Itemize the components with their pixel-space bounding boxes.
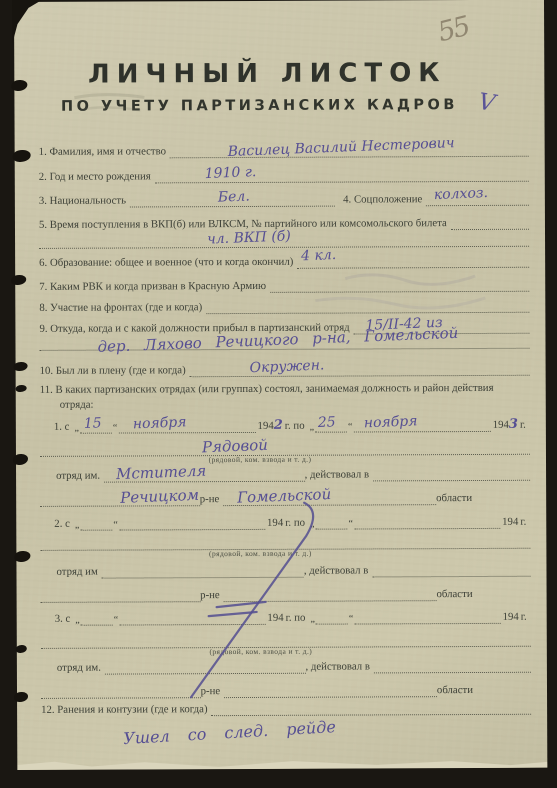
entry-end-label: г. (520, 420, 530, 432)
field-line (451, 215, 529, 230)
form-subtitle: ПО УЧЕТУ ПАРТИЗАНСКИХ КАДРОВ (14, 97, 504, 115)
handwritten-party-membership: чл. ВКП (б) (207, 229, 291, 248)
field-row-education: 6. Образование: общее и военное (что и к… (39, 253, 529, 270)
position-caption: (рядовой, ком. взвода и т. д.) (40, 454, 530, 465)
field-row-rvk: 7. Каким РВК и когда призван в Красную А… (39, 277, 529, 294)
handwritten-birth-year: 1910 г. (204, 165, 256, 182)
oblast-label: области (437, 685, 477, 697)
handwritten-year-digit: 3 (509, 417, 518, 432)
field-line (206, 298, 529, 314)
operated-label: , действовал в (305, 470, 373, 482)
handwritten-captivity: Окружен. (249, 358, 324, 376)
year-printed: 194 (501, 612, 521, 624)
field-label: 10. Был ли в плену (где и когда) (40, 365, 190, 378)
oblast-label: области (436, 589, 476, 601)
day-line (316, 610, 348, 625)
field-row-arrival-line2: дер. Ляхово Речицкого р-на, Гомельской (39, 334, 529, 351)
district-label: р-не (200, 590, 224, 602)
punch-hole (14, 692, 28, 702)
handwritten-education: 4 кл. (301, 248, 337, 265)
handwritten-unit-name: Мстителя (116, 462, 207, 482)
handwritten-name: Василец Василий Нестерович (228, 136, 455, 160)
punch-hole (13, 150, 31, 162)
field-label: отряда: (60, 400, 98, 412)
field-label: 3. Национальность (39, 196, 130, 208)
handwritten-month: ноября (363, 414, 417, 431)
field-row-party-line2: чл. ВКП (б) (39, 232, 529, 249)
entry-dates-row: 3. с „ “ 194 г. по „ “ 194 г. (55, 609, 531, 626)
field-line (212, 700, 532, 716)
entry-end-label: г. (521, 612, 531, 624)
handwritten-year-digit: 2 (274, 418, 283, 433)
month-line: ноября (118, 418, 255, 434)
handwritten-day: 15 (84, 416, 102, 432)
district-label: р-не (201, 686, 225, 698)
month-line (354, 514, 500, 530)
year-prefix: 194 (267, 612, 283, 624)
punch-hole (11, 275, 26, 285)
oblast-line (224, 682, 437, 698)
field-line: Василец Василий Нестерович (170, 142, 529, 159)
oblast-line (224, 586, 437, 602)
day-line (81, 611, 113, 626)
field-line: 1910 г. (155, 167, 529, 184)
operated-line (372, 562, 530, 578)
field-line: чл. ВКП (б) (39, 232, 529, 249)
entry-mid-label: г. по (285, 421, 309, 433)
field-line: Бел. (130, 192, 335, 208)
year-prefix: 194 (493, 419, 509, 431)
scan-background: 55 ЛИЧНЫЙ ЛИСТОК ПО УЧЕТУ ПАРТИЗАНСКИХ К… (0, 0, 557, 788)
entry-region-row: Речицком р-не Гомельской области (40, 490, 476, 507)
handwritten-day: 25 (318, 415, 336, 431)
month-line (354, 609, 500, 625)
punch-hole (16, 645, 27, 653)
day-line: 15 (80, 419, 112, 434)
entry-unit-row: отряд им. , действовал в (57, 658, 531, 675)
field-line: 4 кл. (297, 253, 529, 269)
field-row-units-intro: 11. В каких партизанских отрядах (или гр… (40, 383, 530, 397)
field-row-captivity: 10. Был ли в плену (где и когда) Окружен… (40, 361, 530, 378)
day-line (80, 516, 112, 531)
field-label: 2. Год и место рождения (39, 172, 155, 184)
handwritten-social-position: колхоз. (434, 186, 489, 204)
torn-bottom-edge (17, 759, 547, 770)
field-row-units-intro2: отряда: (60, 398, 530, 412)
unit-label: отряд им. (56, 471, 104, 483)
operated-label: , действовал в (305, 662, 373, 674)
field-line: колхоз. (426, 191, 529, 206)
handwritten-position: Рядовой (202, 436, 269, 455)
district-line: Речицком (40, 491, 200, 507)
oblast-label: области (436, 493, 476, 505)
year-printed: 194 (265, 613, 285, 625)
district-label: р-не (200, 494, 224, 506)
field-row-wounds: 12. Ранения и контузии (где и когда) (41, 700, 531, 717)
field-line: Окружен. (190, 361, 530, 377)
unit-line: Мстителя (104, 467, 305, 483)
unit-label: отряд им (56, 567, 101, 579)
unit-label: отряд им. (57, 663, 105, 675)
entry-region-row: р-не области (41, 682, 477, 699)
position-caption: (рядовой, ком. взвода и т. д.) (41, 646, 531, 657)
month-line: ноября (353, 417, 490, 433)
field-label: 4. Соцположение (335, 194, 426, 206)
handwritten-month: ноября (132, 415, 186, 432)
year-prefix: 194 (267, 517, 283, 529)
handwritten-nationality: Бел. (218, 189, 251, 206)
entry-mid-label: г. по (286, 613, 310, 625)
operated-label: , действовал в (304, 566, 372, 578)
field-row-fronts: 8. Участие на фронтах (где и когда) (39, 298, 529, 315)
entry-prefix: 2. с (54, 519, 74, 531)
field-label: 1. Фамилия, имя и отчество (39, 146, 170, 158)
month-line (119, 610, 265, 626)
field-line: дер. Ляхово Речицкого р-на, Гомельской (39, 334, 529, 351)
field-label: 8. Участие на фронтах (где и когда) (39, 302, 206, 315)
operated-line (374, 658, 531, 674)
day-line: 25 (315, 418, 347, 433)
punch-hole (14, 551, 30, 562)
field-label: 7. Каким РВК и когда призван в Красную А… (39, 281, 270, 294)
entry-unit-row: отряд им. Мстителя , действовал в (56, 466, 530, 483)
document-page: 55 ЛИЧНЫЙ ЛИСТОК ПО УЧЕТУ ПАРТИЗАНСКИХ К… (14, 0, 547, 770)
entry-end-label: г. (520, 517, 530, 529)
unit-line (105, 659, 306, 675)
entry-unit-row: отряд им , действовал в (56, 562, 530, 579)
position-caption: (рядовой, ком. взвода и т. д.) (40, 548, 530, 559)
form-title: ЛИЧНЫЙ ЛИСТОК (14, 58, 520, 90)
field-row-nationality: 3. Национальность Бел. 4. Соцположение к… (39, 191, 529, 208)
unit-line (102, 563, 304, 579)
operated-line (373, 466, 530, 482)
field-row-birth: 2. Год и место рождения 1910 г. (39, 167, 529, 184)
field-label: 6. Образование: общее и военное (что и к… (39, 257, 297, 270)
year-prefix: 194 (503, 611, 519, 623)
field-row-surname: 1. Фамилия, имя и отчество Василец Васил… (39, 142, 529, 159)
field-label: 12. Ранения и контузии (где и когда) (41, 704, 212, 717)
oblast-line: Гомельской (223, 490, 436, 506)
page-number-pencil: 55 (435, 11, 472, 49)
entry-mid-label: г. по (285, 518, 309, 530)
handwritten-check-mark: V (477, 89, 497, 117)
entry-dates-row: 2. с „ “ 194 г. по „ “ 194 г. (54, 514, 530, 531)
entry-dates-row: 1. с „ 15 “ ноября 1942 г. по „ 25 “ ноя… (54, 417, 530, 434)
month-line (119, 515, 265, 531)
punch-hole (13, 454, 28, 465)
year-prefix: 194 (502, 516, 518, 528)
year-printed: 194 (500, 517, 520, 529)
punch-hole (14, 362, 28, 371)
handwritten-oblast: Гомельской (237, 485, 332, 505)
year-printed: 194 (265, 518, 285, 530)
district-line (41, 587, 201, 603)
entry-region-row: р-не области (41, 586, 477, 603)
handwritten-district: Речицком (120, 486, 199, 506)
year-prefix: 194 (258, 420, 274, 432)
torn-corner (12, 0, 42, 44)
year-printed: 1943 (491, 417, 520, 431)
year-printed: 1942 (256, 419, 285, 433)
punch-hole (16, 385, 27, 392)
entry-prefix: 3. с (55, 614, 75, 626)
field-line (270, 277, 529, 293)
day-line (315, 515, 347, 530)
field-label: 11. В каких партизанских отрядах (или гр… (40, 383, 498, 397)
entry-prefix: 1. с (54, 422, 74, 434)
handwritten-wounds-note: Ушел со след. рейде (123, 717, 336, 748)
district-line (41, 683, 201, 699)
